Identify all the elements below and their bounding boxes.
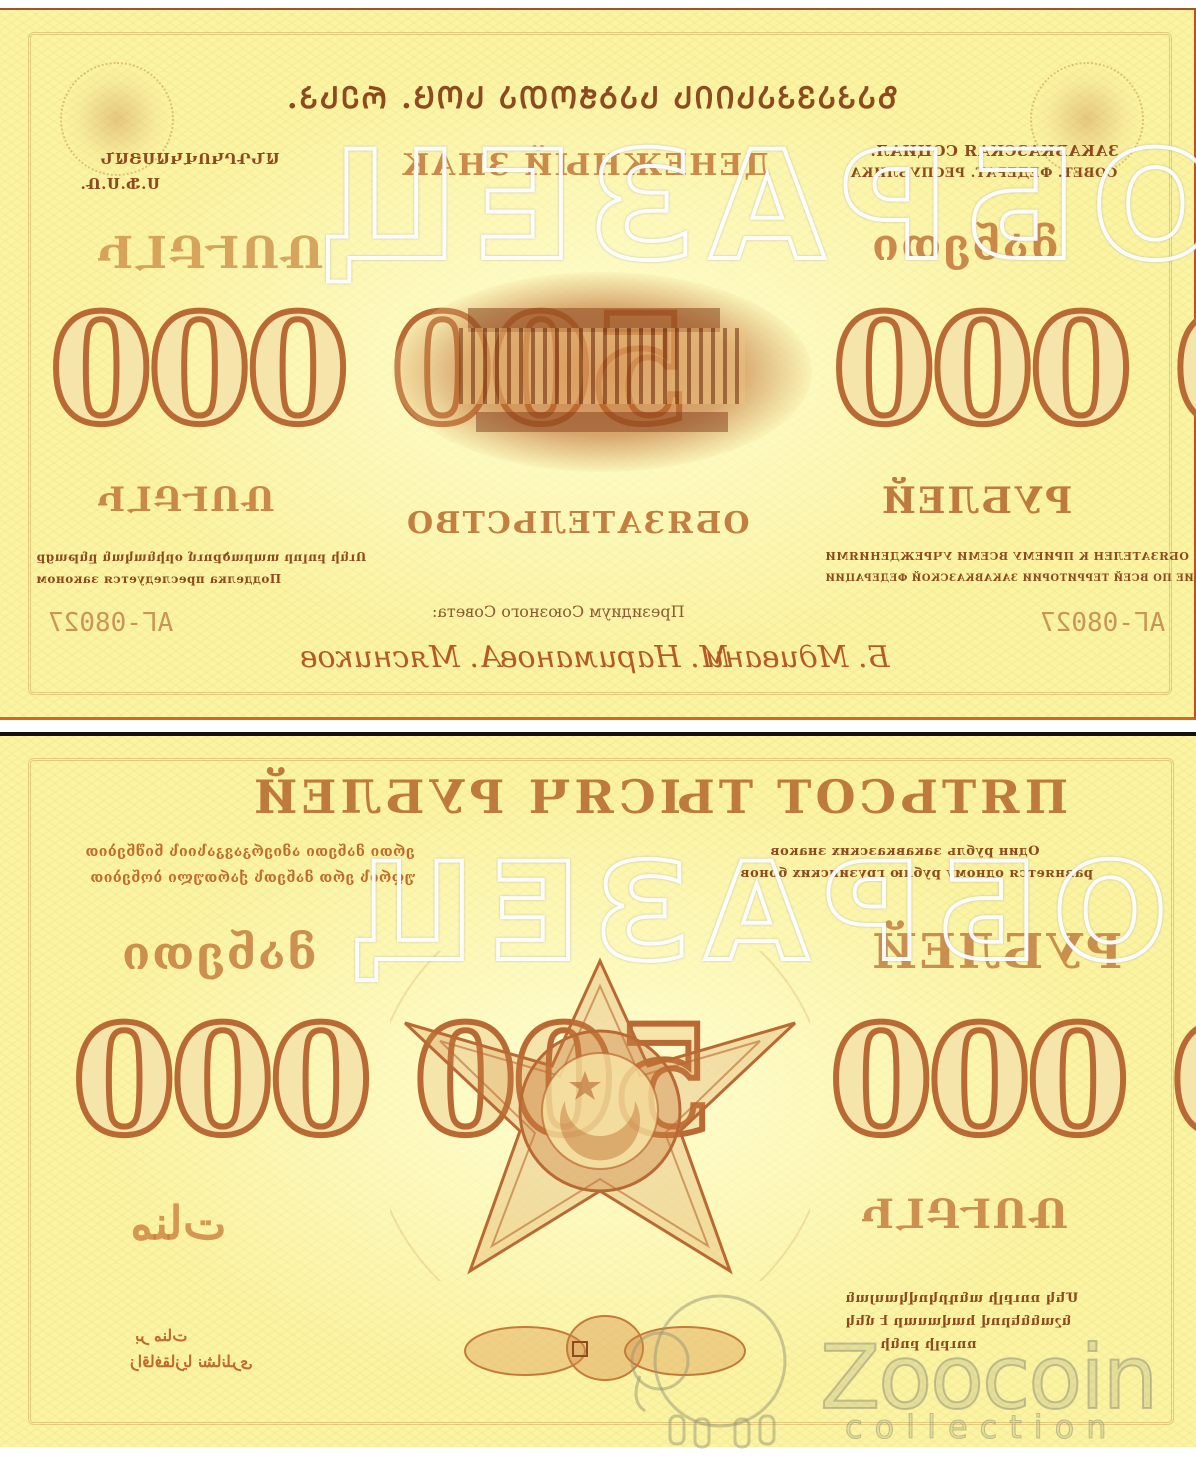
legal-text-left-2: Подделка преследуется законом: [36, 572, 281, 586]
back-armenian-currency: ՌՈՒԲԼԻ: [860, 1191, 1068, 1238]
lower-header: ОБЯЗАТЕЛЬСТВО: [405, 506, 749, 541]
legal-text-right-1: ОБЯЗАТЕЛЕН К ПРИЕМУ ВСЕМИ УЧРЕЖДЕНИЯМИ: [825, 550, 1189, 563]
top-left-line-1: ԱՆԴՐԿՈՎԿԱՍՅԱՆ: [100, 150, 280, 168]
signature-1: Б. Мдивани: [705, 640, 890, 675]
legal-text-right-2: ИМЕЕТ ХОЖДЕНИЕ ПО ВСЕЙ ТЕРРИТОРИИ ЗАКАВК…: [825, 573, 1196, 584]
azeri-text-2: زاقافقازيا نشانلرى: [130, 1352, 253, 1371]
denomination-right: 500 000: [838, 295, 1196, 445]
back-top-inscription: ПЯТЬСОТ ТЫСЯЧ РУБЛЕЙ: [250, 770, 1068, 824]
serial-number-left: АГ-08027: [48, 608, 173, 638]
specimen-perforation: ОБРАЗЕЦ: [305, 120, 1196, 294]
signature-3: А. Мясников: [300, 640, 502, 675]
back-azeri-currency: منات: [130, 1196, 226, 1250]
back-specimen-perforation: ОБРАЗЕЦ: [335, 834, 1167, 991]
star-emblem: [390, 951, 810, 1281]
serial-number-right: АГ-08027: [1040, 608, 1165, 638]
back-currency-label-left: მანეთი: [120, 926, 317, 980]
top-inscription: ᲖᲐᲙᲐᲕᲙᲐᲡᲘᲘᲡ ᲡᲐᲑᲭᲝᲗᲐ ᲡᲝᲪ. ᲠᲔᲡᲞ.: [285, 76, 897, 117]
banknote-front: ᲖᲐᲙᲐᲕᲙᲐᲡᲘᲘᲡ ᲡᲐᲑᲭᲝᲗᲐ ᲡᲝᲪ. ᲠᲔᲡᲞ. ԱՆԴՐԿՈՎԿԱ…: [0, 8, 1196, 720]
currency-label-right: РУБЛЕЙ: [880, 480, 1072, 522]
watermark-subtitle: collection: [845, 1408, 1119, 1446]
armenian-text-1: Մեկ ռուբլի անդրկովկասյան: [845, 1291, 1078, 1306]
vignette-ground: [476, 412, 728, 432]
zoocoin-elephant-logo: [600, 1291, 800, 1451]
signature-2: М. Нариманов: [500, 640, 730, 675]
presidium-label: Президиум Союзного Совета:: [432, 602, 685, 621]
azeri-text-1: بر منات: [135, 1326, 187, 1345]
vignette-building: [459, 328, 745, 404]
banknote-back: ПЯТЬСОТ ТЫСЯЧ РУБЛЕЙ Один рубль закавказ…: [0, 732, 1196, 1447]
building-vignette: [392, 272, 812, 472]
armenian-currency-word: ՌՈՒԲԼԻ: [96, 228, 324, 279]
back-denomination-right: 500 000: [835, 1006, 1196, 1156]
top-left-line-2: Ս.Ֆ.Ս.Ռ.: [80, 175, 160, 193]
legal-text-left-1: Ունի բոլոր տարածքում օրինական ընթացք: [36, 550, 366, 564]
currency-label-left: ՌՈՒԲԼԻ: [96, 480, 275, 520]
